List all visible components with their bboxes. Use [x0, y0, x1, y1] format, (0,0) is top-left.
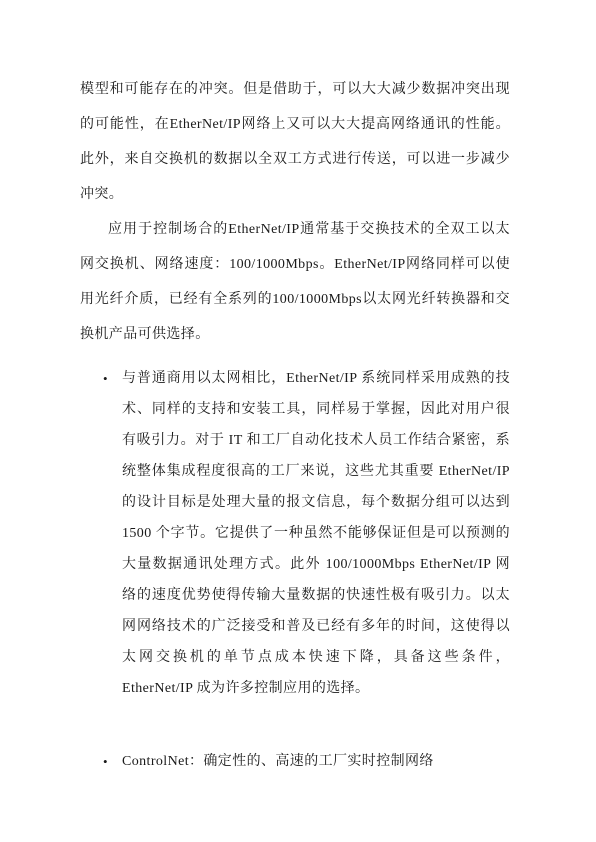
list-item-text: 与普通商用以太网相比，EtherNet/IP 系统同样采用成熟的技术、同样的支持…	[122, 371, 510, 696]
paragraph-collision-reduction: 模型和可能存在的冲突。但是借助于，可以大大减少数据冲突出现的可能性，在Ether…	[80, 72, 510, 212]
list-item-ethernet-comparison: • 与普通商用以太网相比，EtherNet/IP 系统同样采用成熟的技术、同样的…	[80, 363, 510, 704]
bullet-list: • 与普通商用以太网相比，EtherNet/IP 系统同样采用成熟的技术、同样的…	[80, 363, 510, 777]
document-page: 模型和可能存在的冲突。但是借助于，可以大大减少数据冲突出现的可能性，在Ether…	[0, 0, 596, 842]
bullet-icon: •	[103, 363, 108, 394]
list-item-controlnet: • ControlNet：确定性的、高速的工厂实时控制网络	[80, 746, 510, 777]
bullet-icon: •	[103, 746, 108, 777]
paragraph-control-application: 应用于控制场合的EtherNet/IP通常基于交换技术的全双工以太网交换机、网络…	[80, 212, 510, 352]
list-item-text: ControlNet：确定性的、高速的工厂实时控制网络	[122, 754, 434, 769]
